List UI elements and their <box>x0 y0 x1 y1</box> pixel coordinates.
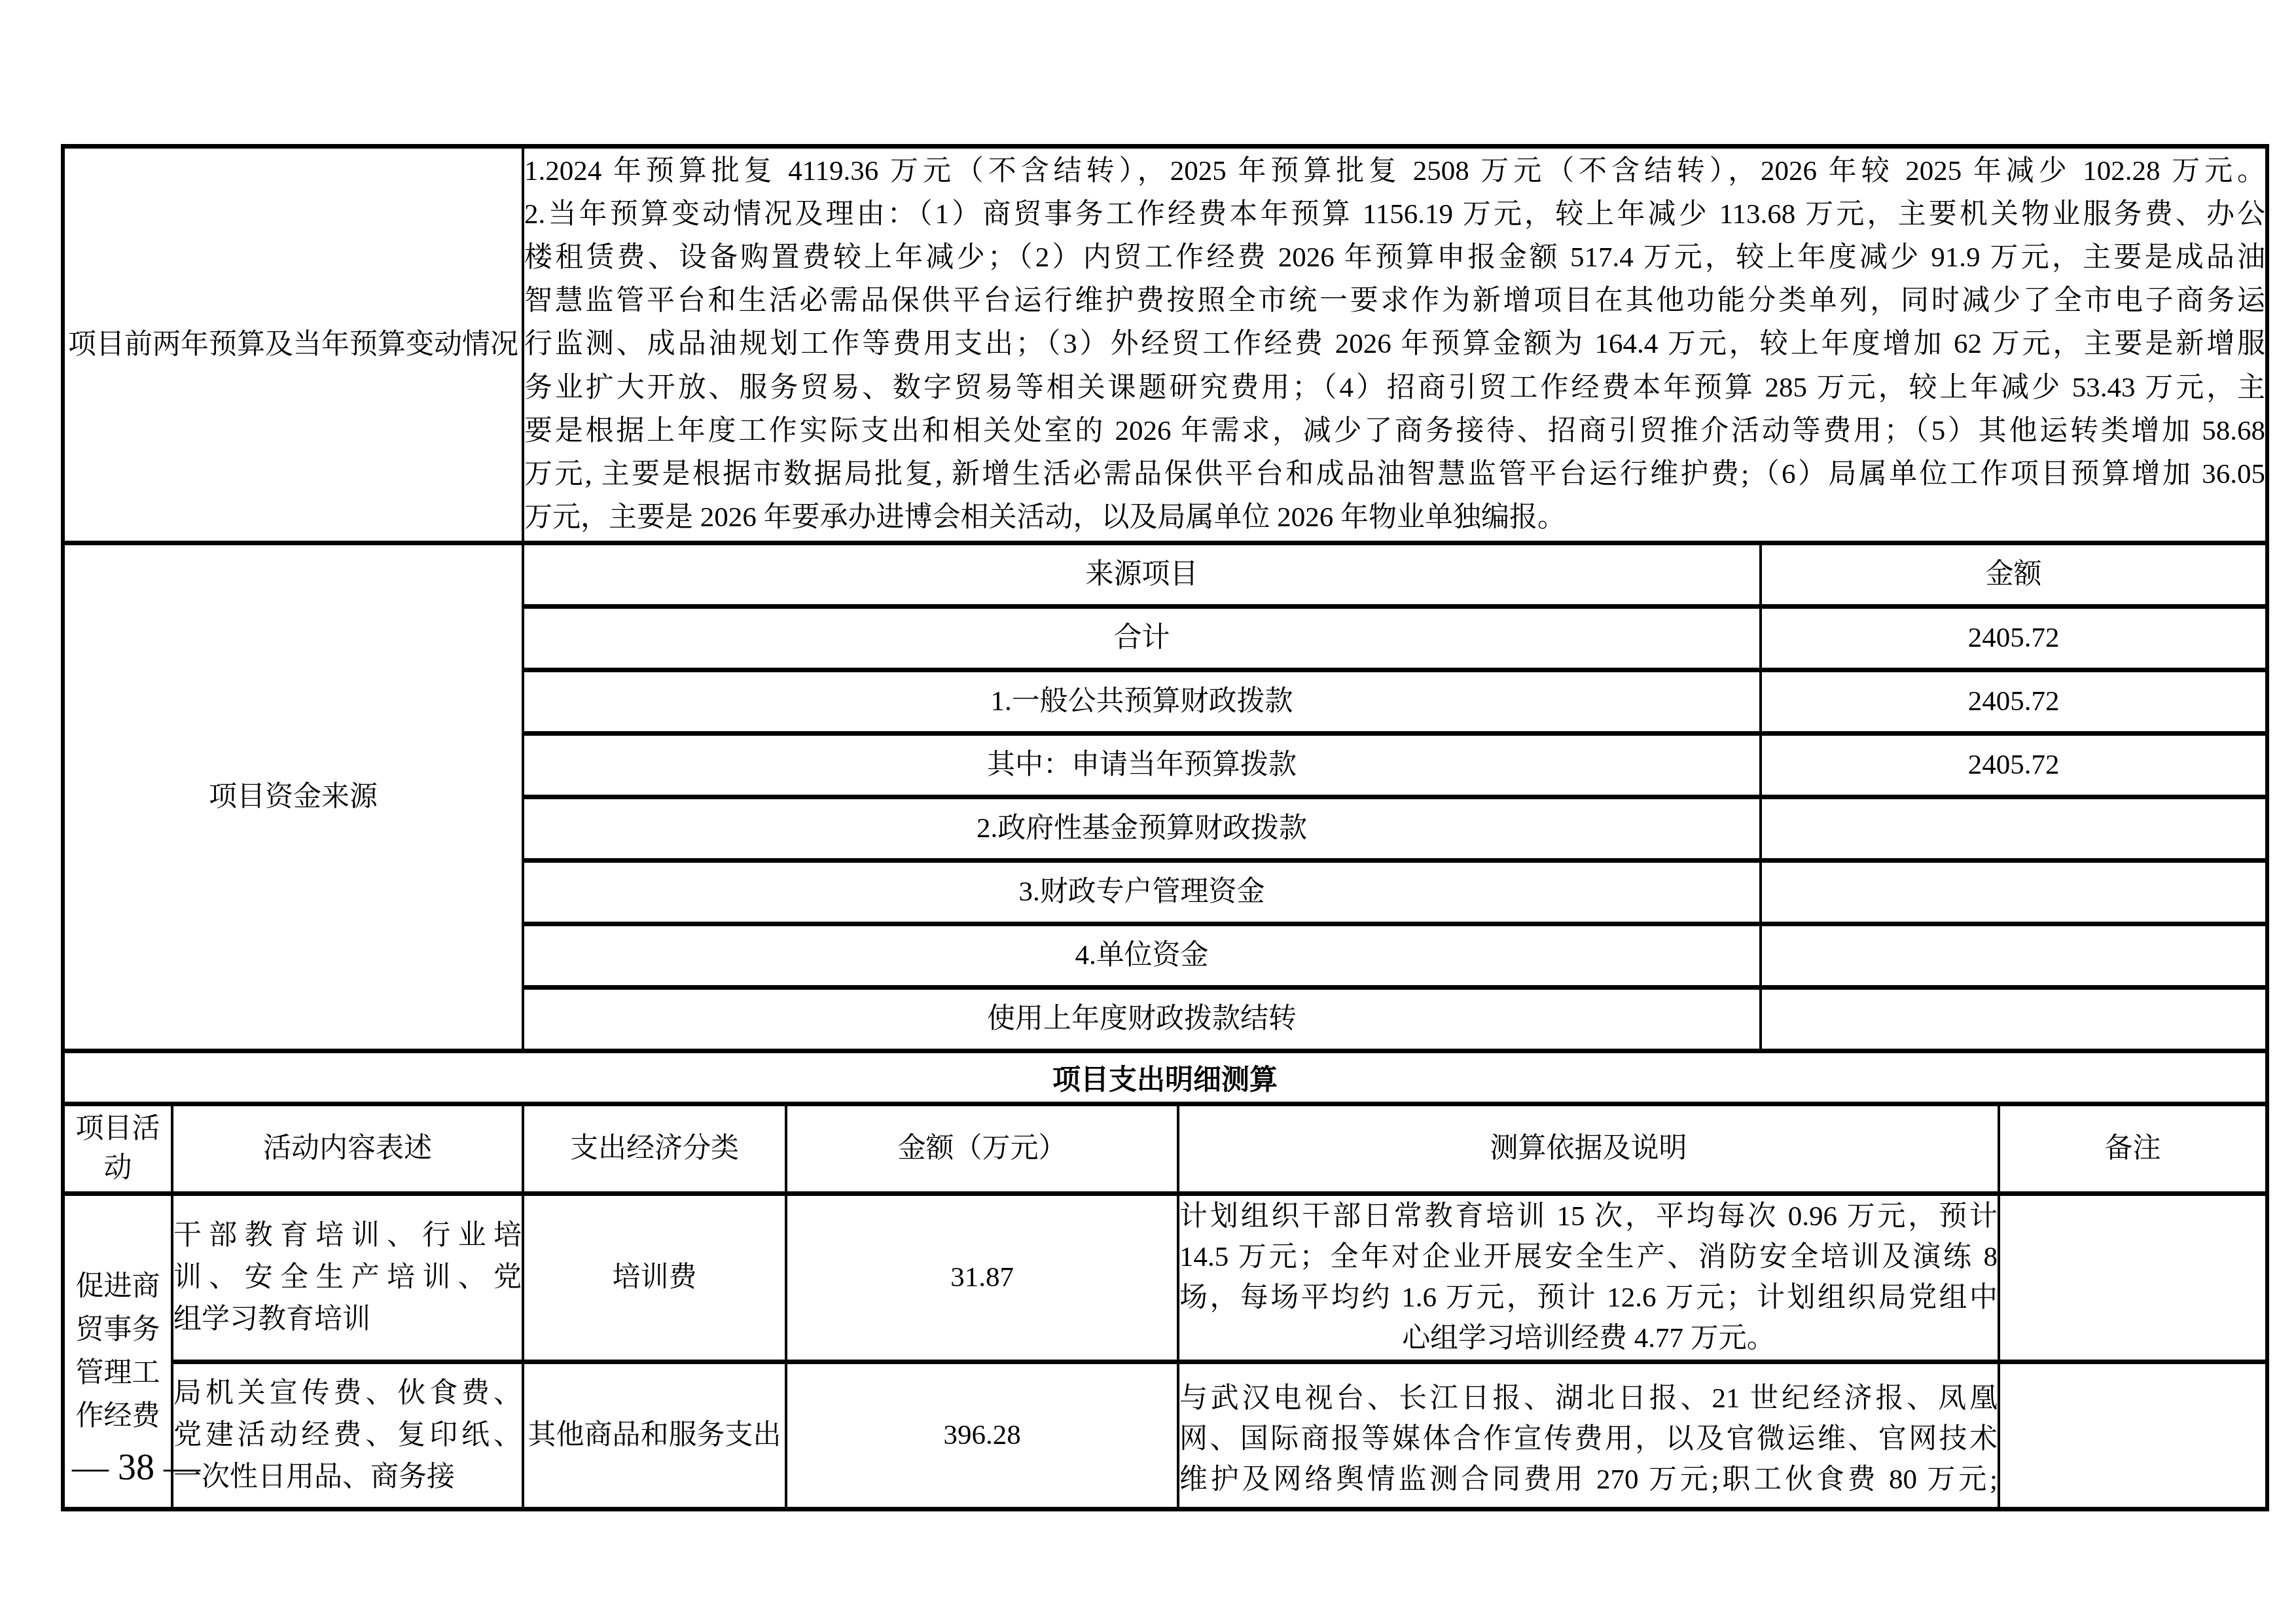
page-number: — 38 — <box>72 1448 200 1487</box>
funding-amount <box>1761 797 2267 861</box>
expense-category: 培训费 <box>523 1194 786 1362</box>
note-cell <box>1999 1362 2267 1509</box>
funding-item: 3.财政专户管理资金 <box>523 861 1761 924</box>
funding-item: 2.政府性基金预算财政拨款 <box>523 797 1761 861</box>
activity-description-cell: 局机关宣传费、伙食费、党建活动经费、复印纸、一次性日用品、商务接 <box>172 1362 523 1509</box>
expense-category: 其他商品和服务支出 <box>523 1362 786 1509</box>
header-amount: 金额（万元） <box>786 1104 1178 1194</box>
funding-source-label: 项目资金来源 <box>63 543 523 1051</box>
funding-item: 合计 <box>523 607 1761 670</box>
basis-cell: 计划组织干部日常教育培训 15 次，平均每次 0.96 万元，预计14.5 万元… <box>1178 1194 1999 1362</box>
funding-amount: 2405.72 <box>1761 734 2267 797</box>
header-expense-category: 支出经济分类 <box>523 1104 786 1194</box>
detail-section-title: 项目支出明细测算 <box>63 1051 2267 1104</box>
funding-amount <box>1761 861 2267 924</box>
prior-budget-label: 项目前两年预算及当年预算变动情况 <box>63 147 523 543</box>
header-project-activity: 项目活动 <box>63 1104 172 1194</box>
prior-budget-text-cell: 1.2024 年预算批复 4119.36 万元（不含结转），2025 年预算批复… <box>523 147 2267 543</box>
funding-item: 其中：申请当年预算拨款 <box>523 734 1761 797</box>
funding-header-amount: 金额 <box>1761 543 2267 607</box>
funding-header-row: 项目资金来源 来源项目 金额 <box>63 543 2267 607</box>
funding-item: 使用上年度财政拨款结转 <box>523 988 1761 1051</box>
detail-row-training: 促进商贸事务管理工作经费 干部教育培训、行业培训、安全生产培训、党组学习教育培训… <box>63 1194 2267 1362</box>
prior-budget-row: 项目前两年预算及当年预算变动情况 1.2024 年预算批复 4119.36 万元… <box>63 147 2267 543</box>
funding-amount <box>1761 988 2267 1051</box>
prior-budget-text: 1.2024 年预算批复 4119.36 万元（不含结转），2025 年预算批复… <box>524 150 2265 540</box>
funding-amount: 2405.72 <box>1761 670 2267 734</box>
header-activity-description: 活动内容表述 <box>172 1104 523 1194</box>
funding-header-item: 来源项目 <box>523 543 1761 607</box>
activity-description-cell: 干部教育培训、行业培训、安全生产培训、党组学习教育培训 <box>172 1194 523 1362</box>
activity-description: 干部教育培训、行业培训、安全生产培训、党组学习教育培训 <box>173 1215 522 1341</box>
activity-description: 局机关宣传费、伙食费、党建活动经费、复印纸、一次性日用品、商务接 <box>173 1373 522 1498</box>
detail-row-other-goods: 局机关宣传费、伙食费、党建活动经费、复印纸、一次性日用品、商务接 其他商品和服务… <box>63 1362 2267 1509</box>
note-cell <box>1999 1194 2267 1362</box>
basis-text: 与武汉电视台、长江日报、湖北日报、21 世纪经济报、凤凰网、国际商报等媒体合作宣… <box>1179 1379 1998 1500</box>
amount-value: 31.87 <box>786 1194 1178 1362</box>
funding-item: 1.一般公共预算财政拨款 <box>523 670 1761 734</box>
detail-title-row: 项目支出明细测算 <box>63 1051 2267 1104</box>
funding-amount <box>1761 924 2267 988</box>
detail-header-row: 项目活动 活动内容表述 支出经济分类 金额（万元） 测算依据及说明 备注 <box>63 1104 2267 1194</box>
funding-amount: 2405.72 <box>1761 607 2267 670</box>
funding-item: 4.单位资金 <box>523 924 1761 988</box>
budget-table: 项目前两年预算及当年预算变动情况 1.2024 年预算批复 4119.36 万元… <box>61 144 2269 1511</box>
amount-value: 396.28 <box>786 1362 1178 1509</box>
header-note: 备注 <box>1999 1104 2267 1194</box>
basis-text: 计划组织干部日常教育培训 15 次，平均每次 0.96 万元，预计14.5 万元… <box>1179 1197 1998 1359</box>
header-basis: 测算依据及说明 <box>1178 1104 1999 1194</box>
basis-cell: 与武汉电视台、长江日报、湖北日报、21 世纪经济报、凤凰网、国际商报等媒体合作宣… <box>1178 1362 1999 1509</box>
document-page: 项目前两年预算及当年预算变动情况 1.2024 年预算批复 4119.36 万元… <box>0 0 2296 1624</box>
